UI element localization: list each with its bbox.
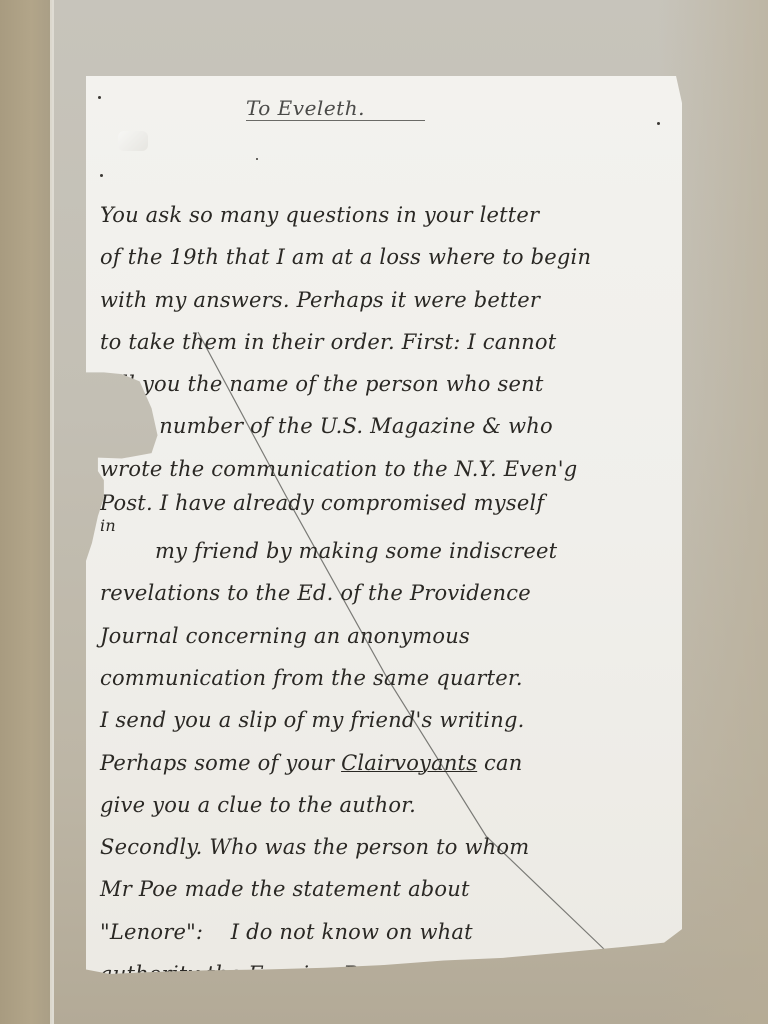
text-line: to take them in their order. First: I ca…: [100, 321, 680, 363]
text-line: I send you a slip of my friend's writing…: [100, 699, 680, 741]
text-segment: Perhaps some of your: [100, 751, 341, 775]
ink-speck: [100, 174, 103, 177]
text-line: wrote the communication to the N.Y. Even…: [100, 448, 680, 490]
text-segment: can: [477, 751, 522, 775]
underlined-word: Clairvoyants: [341, 751, 477, 775]
text-line: revelations to the Ed. of the Providence: [100, 572, 680, 614]
ink-speck: [657, 122, 660, 125]
manuscript-page: To Eveleth. You ask so many questions in…: [86, 76, 682, 974]
text-line: Secondly. Who was the person to whom: [100, 826, 680, 868]
text-line: tell you the name of the person who sent: [100, 363, 680, 405]
ink-speck: [98, 96, 101, 99]
text-line: Journal concerning an anonymous: [100, 615, 680, 657]
text-line: Perhaps some of your Clairvoyants can: [100, 742, 680, 784]
text-line: me a number of the U.S. Magazine & who: [100, 405, 680, 447]
text-line: of the 19th that I am at a loss where to…: [100, 236, 680, 278]
text-line: give you a clue to the author.: [100, 784, 680, 826]
embossed-stamp: [118, 131, 148, 151]
letter-body: You ask so many questions in your letter…: [100, 194, 680, 995]
text-line: Mr Poe made the statement about: [100, 868, 680, 910]
text-line: with my answers. Perhaps it were better: [100, 279, 680, 321]
letter-heading: To Eveleth.: [246, 96, 425, 121]
folder-cover: [0, 0, 52, 1024]
text-line: Post. I have already compromised myself: [100, 490, 680, 516]
ink-speck: [256, 158, 258, 160]
text-line: my friend by making some indiscreet: [100, 530, 680, 572]
text-line: communication from the same quarter.: [100, 657, 680, 699]
text-line: You ask so many questions in your letter: [100, 194, 680, 236]
text-line: "Lenore": I do not know on what: [100, 911, 680, 953]
